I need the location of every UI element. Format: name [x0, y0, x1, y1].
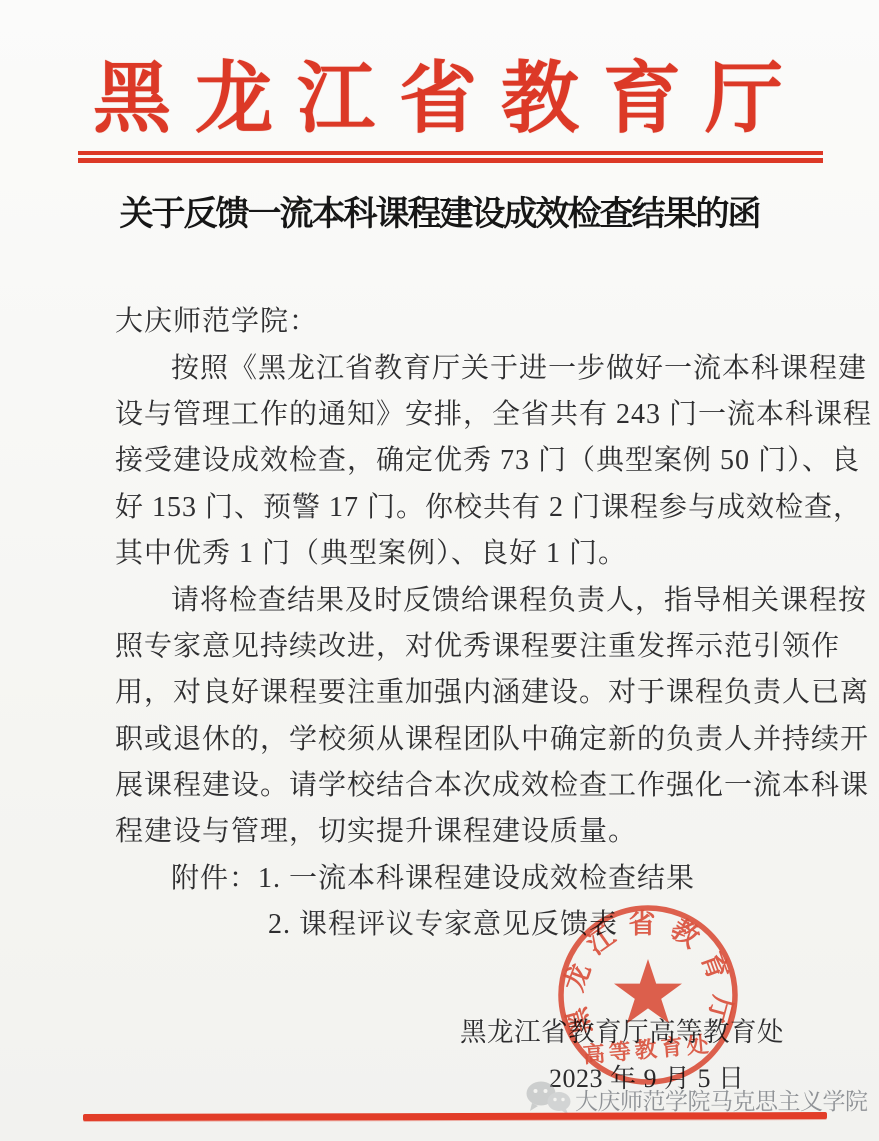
seal-star-icon — [614, 959, 682, 1024]
attachment-line-1: 附件：1. 一流本科课程建设成效检查结果 — [115, 853, 785, 899]
body-line: 按照《黑龙江省教育厅关于进一步做好一流本科课程建 — [115, 342, 785, 388]
body-line: 请将检查结果及时反馈给课程负责人，指导相关课程按 — [115, 574, 785, 620]
seal-banner-text: 高等教育处 — [582, 1031, 714, 1067]
document-page: 黑龙江省教育厅 关于反馈一流本科课程建设成效检查结果的函 大庆师范学院： 按照《… — [0, 0, 879, 1141]
bottom-red-divider — [83, 1112, 827, 1121]
body-line: 照专家意见持续改进，对优秀课程要注重发挥示范引领作 — [115, 621, 785, 667]
recipient-line: 大庆师范学院： — [115, 296, 785, 342]
document-title: 关于反馈一流本科课程建设成效检查结果的函 — [0, 193, 879, 237]
body-line: 设与管理工作的通知》安排，全省共有 243 门一流本科课程 — [115, 389, 785, 435]
body-line: 展课程建设。请学校结合本次成效检查工作强化一流本科课 — [115, 760, 785, 806]
agency-letterhead: 黑龙江省教育厅 — [93, 57, 853, 141]
letterhead-divider-bottom — [78, 158, 823, 163]
body-line: 接受建设成效检查，确定优秀 73 门（典型案例 50 门）、良 — [115, 435, 785, 481]
body-line: 职或退休的，学校须从课程团队中确定新的负责人并持续开 — [115, 714, 785, 760]
official-seal: 黑龙江省教育厅 高等教育处 — [553, 902, 743, 1092]
body-line: 程建设与管理，切实提升课程建设质量。 — [115, 806, 785, 852]
body-line: 好 153 门、预警 17 门。你校共有 2 门课程参与成效检查， — [115, 482, 785, 528]
body-line: 其中优秀 1 门（典型案例）、良好 1 门。 — [115, 528, 785, 574]
letterhead-divider-top — [78, 151, 823, 155]
body-line: 用，对良好课程要注重加强内涵建设。对于课程负责人已离 — [115, 667, 785, 713]
letter-body: 大庆师范学院： 按照《黑龙江省教育厅关于进一步做好一流本科课程建 设与管理工作的… — [115, 296, 785, 945]
wechat-icon — [524, 1080, 572, 1116]
